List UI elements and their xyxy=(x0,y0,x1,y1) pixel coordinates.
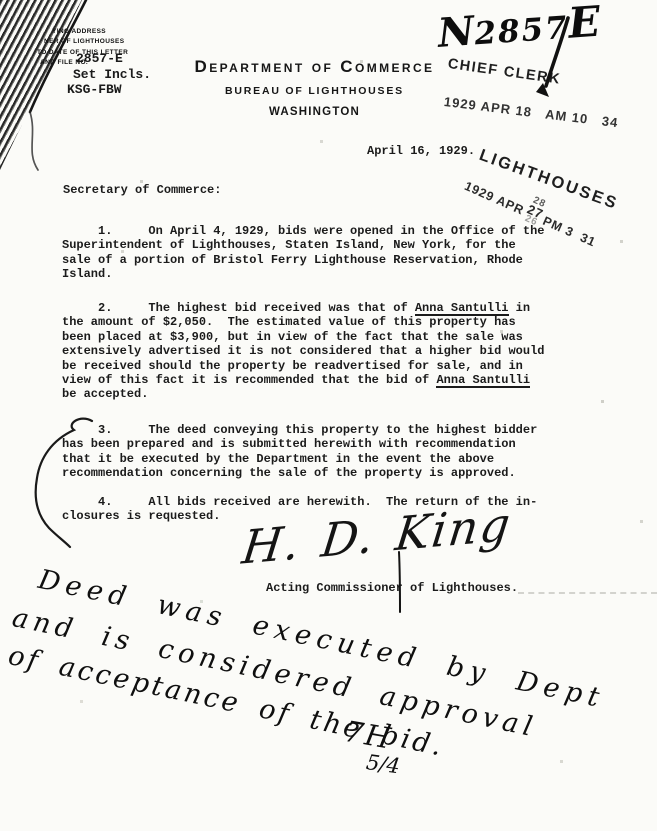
underline-mark xyxy=(415,314,509,316)
reply-stamp-line: NER OF LIGHTHOUSES xyxy=(44,38,125,45)
letter-paragraph-3: 3. The deed conveying this property to t… xyxy=(62,423,537,481)
signature-title: Acting Commissioner of Lighthouses. xyxy=(266,581,518,595)
salutation: Secretary of Commerce: xyxy=(63,183,221,197)
handwritten-file-number-prefix: N xyxy=(436,7,476,56)
handwritten-file-number: N2857E xyxy=(436,0,602,57)
stamp-date-prefix: 1929 APR xyxy=(462,179,526,218)
handwritten-file-number-digits: 2857 xyxy=(473,10,570,52)
tear-squiggle xyxy=(30,112,38,170)
underline-mark xyxy=(436,386,530,388)
letter-paragraph-1: 1. On April 4, 1929, bids were opened in… xyxy=(62,224,544,282)
handwritten-date-mark: 5/4 xyxy=(365,750,402,778)
scan-dash-artifact xyxy=(518,592,657,594)
stamp-date-suffix: PM 3 31 xyxy=(541,214,598,250)
bureau-title: BUREAU OF LIGHTHOUSES xyxy=(0,85,643,97)
reply-stamp-line: YING ADDRESS xyxy=(52,28,106,35)
handwritten-file-number-suffix: E xyxy=(567,0,602,48)
received-date-stamp-apr18: 1929 APR 18 AM 10 34 xyxy=(443,94,619,130)
document-page: YING ADDRESS NER OF LIGHTHOUSES TO DATE … xyxy=(0,0,657,831)
letter-date: April 16, 1929. xyxy=(367,144,475,158)
